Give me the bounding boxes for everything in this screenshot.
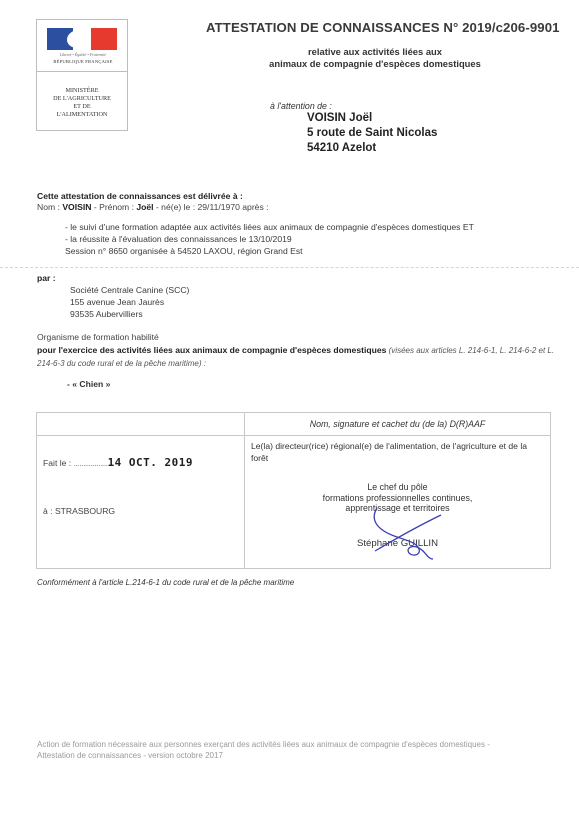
exercise-scope-bold: pour l'exercice des activités liées aux …: [37, 345, 386, 355]
republic-logo: Liberté • Égalité • Fraternité RÉPUBLIQU…: [36, 19, 128, 131]
prenom-label: - Prénom :: [91, 202, 136, 212]
after-label: après :: [240, 202, 269, 212]
signer-role-line: Le chef du pôle: [245, 482, 550, 493]
signature-header: Nom, signature et cachet du (de la) D(R)…: [245, 419, 550, 429]
section-divider: [0, 267, 579, 268]
par-label: par :: [37, 273, 56, 283]
condition-item: - le suivi d'une formation adaptée aux a…: [65, 222, 474, 234]
signature-table: Nom, signature et cachet du (de la) D(R)…: [36, 412, 551, 569]
condition-item: - la réussite à l'évaluation des connais…: [65, 234, 474, 246]
birth-date: 29/11/1970: [198, 202, 240, 212]
page-footer: Action de formation nécessaire aux perso…: [37, 739, 567, 761]
recipient-city: 54210 Azelot: [307, 141, 437, 156]
logo-ministry: MINISTÈRE DE L'AGRICULTURE ET DE L'ALIME…: [39, 87, 125, 119]
logo-motto: Liberté • Égalité • Fraternité: [41, 52, 125, 57]
habilitation-label: Organisme de formation habilité: [37, 332, 159, 342]
subtitle-line: relative aux activités liées aux: [240, 46, 510, 58]
subtitle-line: animaux de compagnie d'espèces domestiqu…: [240, 58, 510, 70]
attention-label: à l'attention de :: [270, 101, 332, 111]
delivery-heading: Cette attestation de connaissances est d…: [37, 191, 243, 201]
organisation-street: 155 avenue Jean Jaurès: [70, 297, 189, 309]
session-info: Session n° 8650 organisée à 54520 LAXOU,…: [65, 246, 474, 258]
logo-republic: RÉPUBLIQUE FRANÇAISE: [41, 59, 125, 64]
organisation-name: Société Centrale Canine (SCC): [70, 285, 189, 297]
fait-dots: ..................: [74, 458, 108, 468]
holder-identity: Nom : VOISIN - Prénom : Joël - né(e) le …: [37, 202, 269, 212]
organisation-city: 93535 Aubervilliers: [70, 309, 189, 321]
footer-line: Attestation de connaissances - version o…: [37, 750, 567, 761]
footer-line: Action de formation nécessaire aux perso…: [37, 739, 567, 750]
signer-role-line: formations professionnelles continues,: [245, 493, 550, 504]
conformity-note: Conformément à l'article L.214-6-1 du co…: [37, 578, 294, 587]
director-title: Le(la) directeur(rice) régional(e) de l'…: [251, 441, 546, 464]
logo-divider: [37, 71, 127, 72]
handwritten-signature-icon: [367, 503, 447, 563]
marianne-flag-icon: [47, 28, 117, 50]
birth-label: - né(e) le :: [154, 202, 198, 212]
fait-le: Fait le : ..................14 OCT. 2019: [43, 456, 193, 469]
document-subtitle: relative aux activités liées aux animaux…: [240, 46, 510, 70]
holder-firstname: Joël: [136, 202, 153, 212]
document-title: ATTESTATION DE CONNAISSANCES N° 2019/c20…: [206, 20, 560, 35]
table-row-divider: [37, 435, 550, 436]
nom-label: Nom :: [37, 202, 62, 212]
fait-label: Fait le :: [43, 458, 74, 468]
exercise-scope: pour l'exercice des activités liées aux …: [37, 344, 567, 370]
organisation-address: Société Centrale Canine (SCC) 155 avenue…: [70, 285, 189, 320]
species-item: - « Chien »: [67, 379, 110, 389]
recipient-street: 5 route de Saint Nicolas: [307, 126, 437, 141]
date-stamp: 14 OCT. 2019: [108, 456, 193, 469]
conditions-list: - le suivi d'une formation adaptée aux a…: [65, 222, 474, 257]
place-label: à : STRASBOURG: [43, 506, 115, 516]
holder-surname: VOISIN: [62, 202, 91, 212]
recipient-address: VOISIN Joël 5 route de Saint Nicolas 542…: [307, 111, 437, 156]
recipient-name: VOISIN Joël: [307, 111, 437, 126]
